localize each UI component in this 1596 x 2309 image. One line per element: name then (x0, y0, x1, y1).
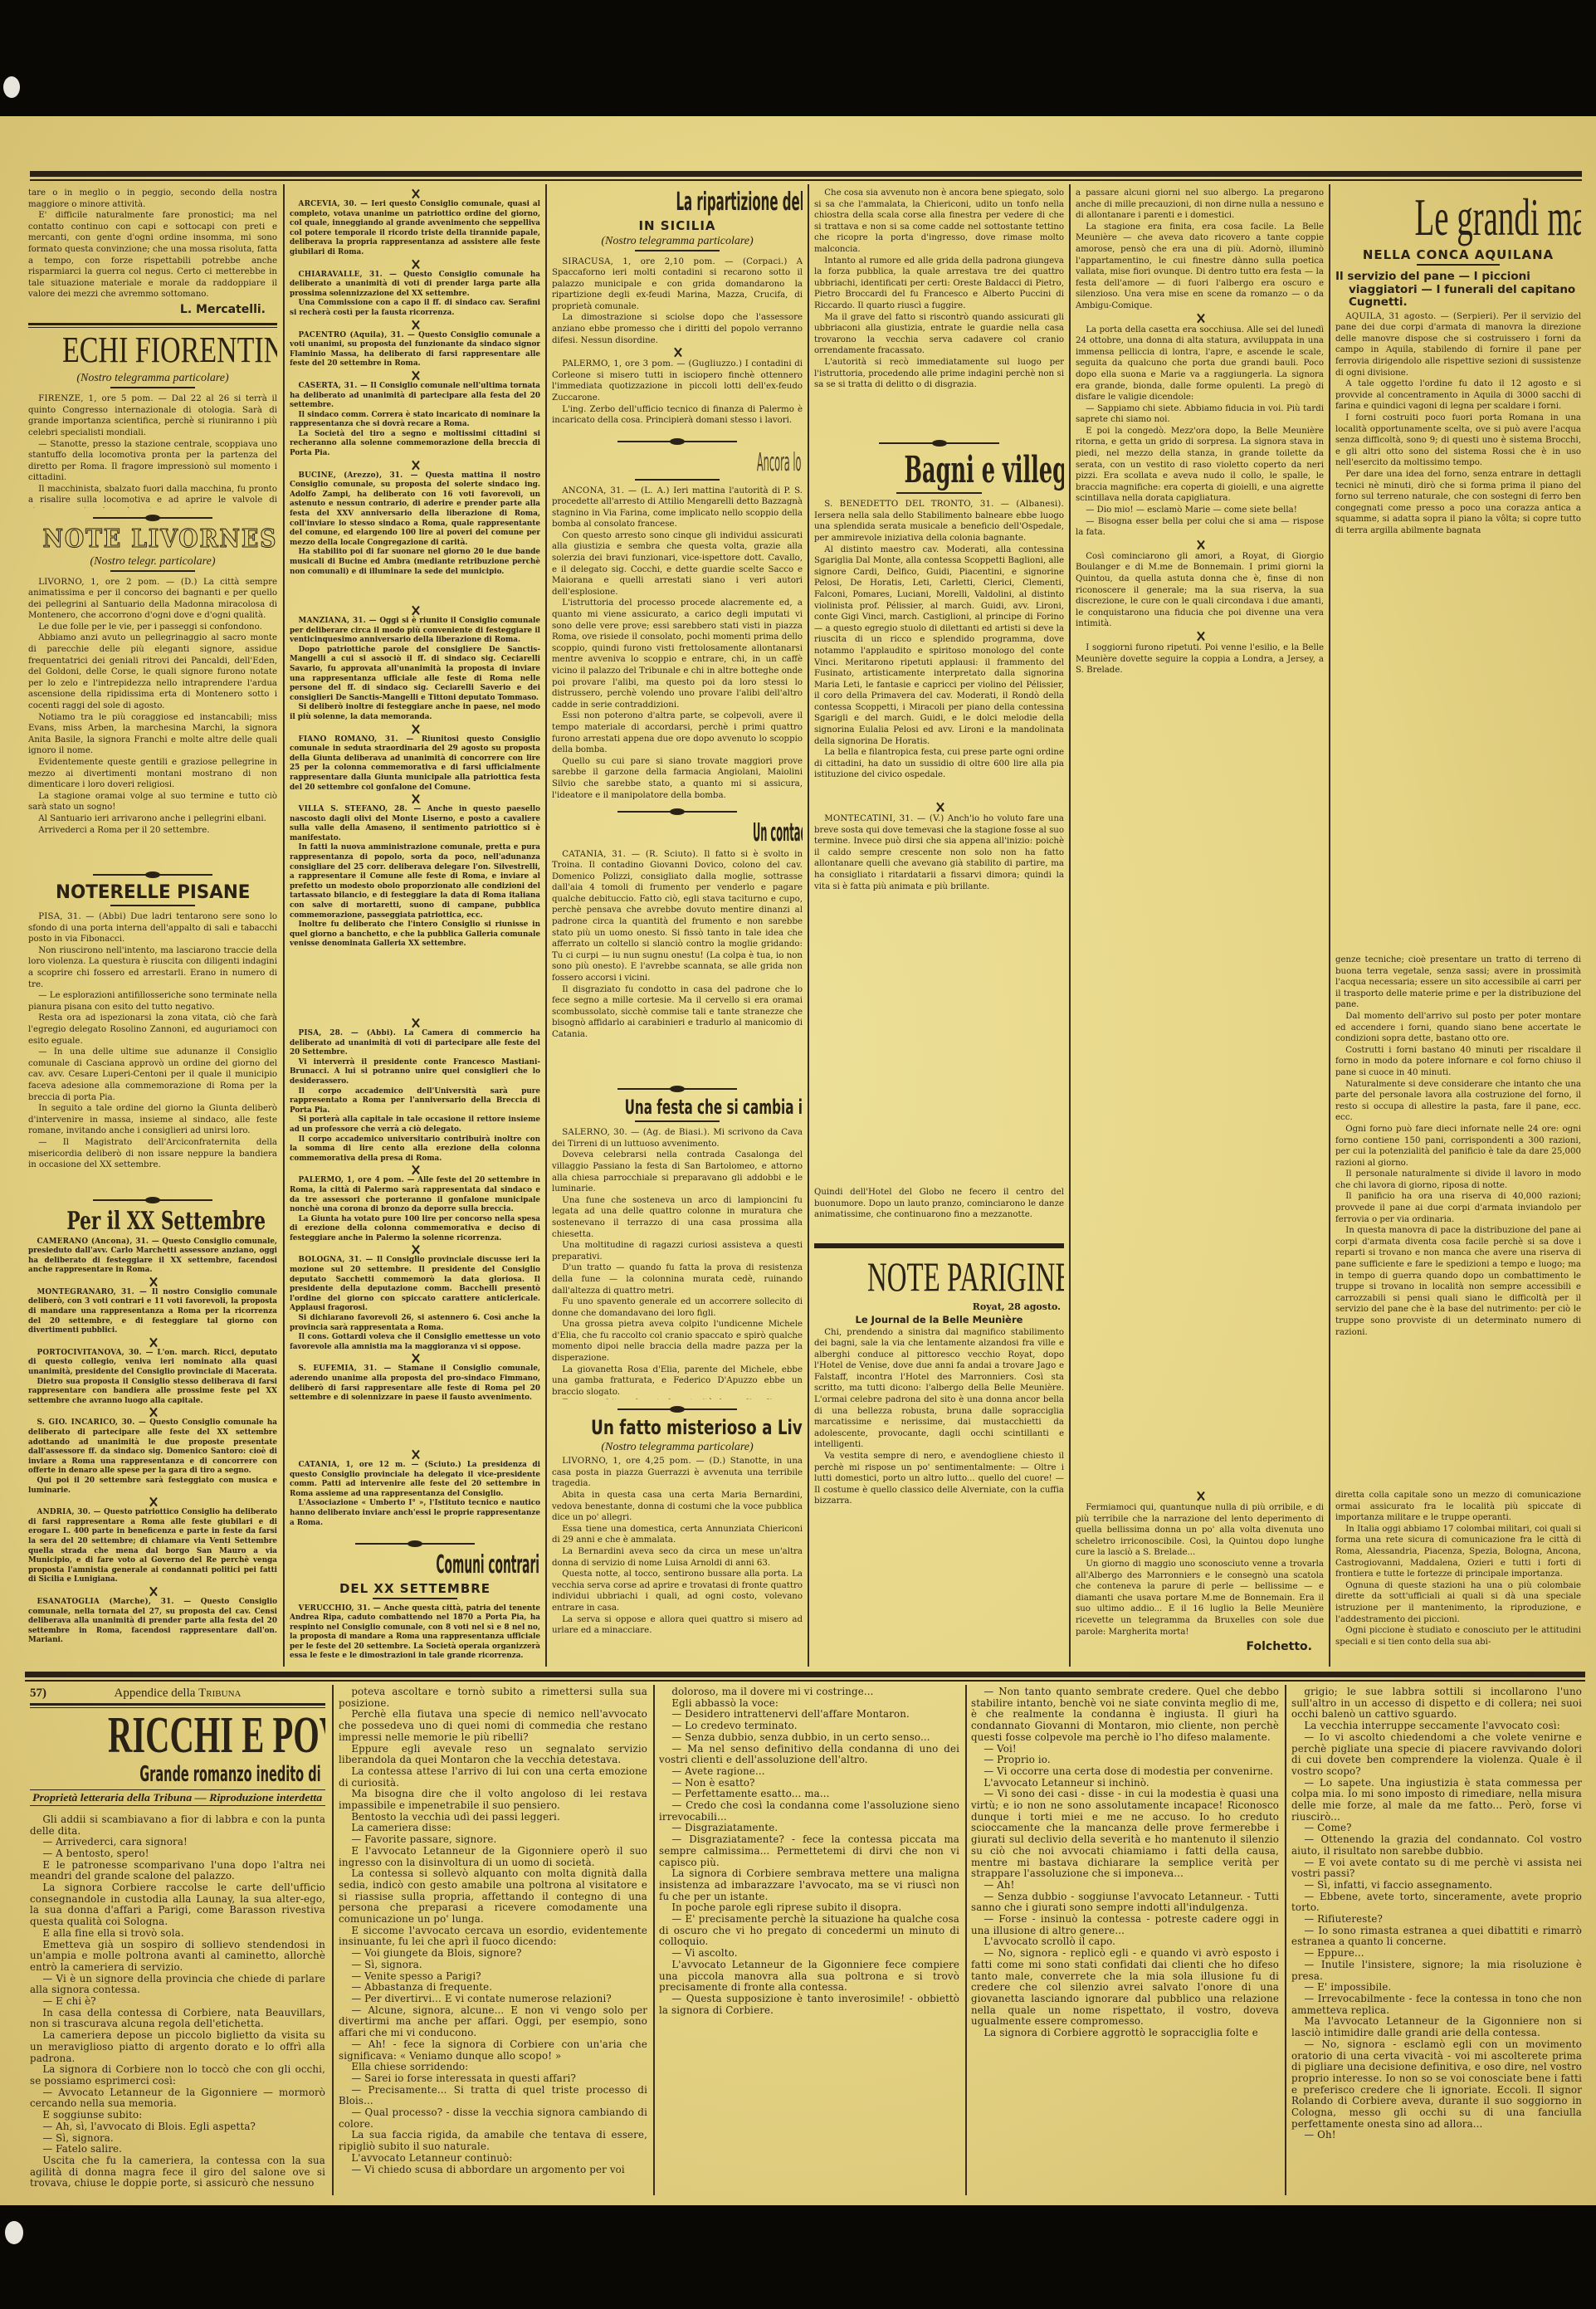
dateline-lead: PALERMO, 1, ore 3 pom. — (Gugliuzzo.) (562, 359, 742, 369)
feuilleton-text: poteva ascoltare e tornò subito a rimett… (339, 1687, 647, 2175)
paragraph-text: — Non è esatto? (671, 1777, 754, 1789)
ornament-rule (552, 1083, 803, 1095)
paragraph-text: La signora Corbiere raccolse le carte de… (30, 1882, 325, 1927)
paragraph: Doveva celebrarsi nella contrada Casalon… (552, 1150, 803, 1194)
paragraph-text: Anch'io ho voluto fare una breve sosta q… (814, 814, 1064, 891)
cross-separator (290, 1017, 540, 1029)
column-1: tare o in meglio o in peggio, secondo de… (28, 188, 277, 1667)
paragraph-text: Va vestita sempre di nero, e avendoglien… (814, 1452, 1064, 1506)
dateline-lead: S. BENEDETTO DEL TRONTO, 31. — (Albanesi… (824, 500, 1064, 509)
dispatch-paragraph: MONTEGRANARO, 31. — Il nostro Consiglio … (28, 1288, 277, 1336)
paragraph-text: Eppure egli avevale reso un segnalato se… (339, 1743, 647, 1766)
dateline-lead: BOLOGNA, 31. — (299, 1256, 373, 1264)
dispatch-paragraph: Inoltre fu deliberato che l'intero Consi… (290, 920, 540, 949)
paragraph-text: — Lo sapete. Una ingiustizia è stata com… (1291, 1777, 1582, 1823)
paragraph-text: Per dare una idea del forno, senza entra… (1335, 470, 1581, 535)
paragraph-text: La Giunta ha votato pure 100 lire per co… (290, 1215, 540, 1242)
paragraph: La bella e filantropica festa, cui prese… (814, 747, 1064, 781)
paragraph: Il macchinista, sbalzato fuori dalla mac… (28, 484, 277, 508)
article-section: Comuni contrari alla commemorazioneDEL X… (290, 1534, 540, 1667)
ornament-rule (28, 869, 277, 881)
paragraph: — Abbastanza di frequente. (339, 1982, 647, 1994)
paragraph: — Oh! (1291, 2130, 1582, 2141)
ornament-rule (28, 1194, 277, 1206)
novel-title-text: RICCHI E POVERI (108, 1711, 325, 1760)
paragraph-text: — Vi è un signore della provincia che ch… (30, 1973, 325, 1996)
dispatch-paragraph: Si porterà alla capitale in tale occasio… (290, 1115, 540, 1135)
dispatch-paragraph: CASERTA, 31. — Il Consiglio comunale nel… (290, 382, 540, 411)
paragraph: poteva ascoltare e tornò subito a rimett… (339, 1687, 647, 1709)
paragraph-text: Il cons. Gottardi voleva che il Consigli… (290, 1333, 540, 1351)
paragraph-text: A tale oggetto l'ordine fu dato il 12 ag… (1335, 379, 1581, 411)
feuilleton-column-2: poteva ascoltare e tornò subito a rimett… (339, 1687, 647, 2194)
paragraph: La vecchia interruppe seccamente l'avvoc… (1291, 1721, 1582, 1732)
dateline-lead: ANDRIA, 30. — (37, 1508, 101, 1516)
dispatch-paragraph: S. GIO. INCARICO, 30. — Questo Consiglio… (28, 1418, 277, 1477)
dispatch-paragraph: Una Commissione con a capo il ff. di sin… (290, 299, 540, 318)
paragraph: FIRENZE, 1, ore 5 pom. — Dal 22 al 26 si… (28, 393, 277, 438)
paragraph-text: Ma l'avvocato Letanneur de la Gigonniere… (1291, 2015, 1582, 2038)
column-rule (283, 184, 285, 1667)
headline-text: Per il XX Settembre (66, 1208, 266, 1235)
dateline-lead: VERUCCHIO, 31. — (299, 1604, 381, 1613)
paragraph: — Arrivederci, cara signora! (30, 1837, 325, 1848)
paragraph: Così cominciarono gli amori, a Royat, di… (1076, 551, 1324, 630)
paragraph-text: Fu uno spavento generale ed un accorrere… (552, 1297, 803, 1318)
signature: L. Mercatelli. (28, 303, 266, 316)
paragraph: — Dio mio! — esclamò Marie — come siete … (1076, 505, 1324, 516)
dateline-lead: FIRENZE, 1, ore 5 pom. — (38, 394, 167, 403)
cross-separator (290, 459, 540, 471)
paragraph: — Vi è un signore della provincia che ch… (30, 1974, 325, 1996)
paragraph-text: La contessa si sollevò alquanto con molt… (339, 1867, 647, 1925)
column-rule (332, 1685, 334, 2195)
paragraph-text: — Senza dubbio - soggiunse l'avvocato Le… (971, 1891, 1279, 1914)
paragraph: genze tecniche; cioè presentare un tratt… (1335, 954, 1581, 1011)
paragraph: Ma l'avvocato Letanneur de la Gigonniere… (1291, 2016, 1582, 2038)
paragraph: PALERMO, 1, ore 3 pom. — (Gugliuzzo.) I … (552, 359, 803, 403)
paragraph: — E' precisamente perchè la situazione h… (659, 1914, 959, 1948)
paragraph-text: grigio; le sue labbra sottili si incolla… (1291, 1687, 1582, 1720)
paragraph: Costrutti i forni bastano 40 minuti per … (1335, 1045, 1581, 1079)
paragraph-text: — Alcune, signora, alcune... E non vi ve… (339, 2004, 647, 2038)
paragraph: D'un tratto — quando fu fatta la prova d… (552, 1262, 803, 1296)
paragraph-text: Quindi dell'Hotel del Globo ne fecero il… (814, 1188, 1064, 1219)
paragraph-text: In fatti la nuova amministrazione comuna… (290, 843, 540, 919)
paragraph: La sua faccia rigida, da amabile che ten… (339, 2130, 647, 2152)
cross-separator (28, 1585, 277, 1598)
article-section: Che cosa sia avvenuto non è ancora bene … (814, 188, 1064, 433)
paragraph-text: — E voi avete contato su di me perchè vi… (1291, 1857, 1582, 1880)
paragraph-text: E siccome l'avvocato cercava un esordio,… (339, 1925, 647, 1948)
paragraph: E le patronesse scomparivano l'una dopo … (30, 1860, 325, 1882)
cross-separator (290, 793, 540, 805)
dateline-lead: CATANIA, 31. — (R. Sciuto). (562, 850, 698, 859)
paragraph: Essa tiene una domestica, certa Annunzia… (552, 1524, 803, 1546)
dispatch-paragraph: In fatti la nuova amministrazione comuna… (290, 843, 540, 920)
dispatch-paragraph: Ha stabilito poi di far suonare nel gior… (290, 548, 540, 577)
paragraph: Ogni piccione è studiato e conosciuto pe… (1335, 1625, 1581, 1648)
paragraph: Le due folle per le vie, per i passeggi … (28, 622, 277, 633)
paragraph: — Stanotte, presso la stazione centrale,… (28, 439, 277, 484)
column-2: ARCEVIA, 30. — Ieri questo Consiglio com… (290, 188, 540, 1667)
paragraph: E' difficile naturalmente fare pronostic… (28, 210, 277, 300)
paragraph: — Vi ascolto. (659, 1948, 959, 1960)
dateline-lead: PISA, 28. — (Abbi). (299, 1029, 396, 1037)
paragraph-text: Con questo arresto sono cinque gli indiv… (552, 531, 803, 597)
paragraph: Una moltitudine di ragazzi curiosi assis… (552, 1240, 803, 1262)
short-rule (110, 387, 195, 388)
paragraph: La dimostrazione si sciolse dopo che l'a… (552, 312, 803, 346)
paragraph-text: Una moltitudine di ragazzi curiosi assis… (552, 1241, 803, 1262)
paragraph: — Ah! (971, 1880, 1279, 1892)
paragraph-text: Il fatto si è svolto in Troina. Il conta… (552, 850, 803, 984)
paragraph-text: Ogni piccione è studiato e conosciuto pe… (1335, 1626, 1581, 1647)
dispatch-paragraph: CATANIA, 1, ore 12 m. — (Sciuto.) La pre… (290, 1461, 540, 1499)
paragraph: La giovanetta Rosa d'Elia, parente del M… (552, 1364, 803, 1399)
headline: Un contadino impazzito per puntiglio d'o… (552, 820, 803, 847)
paragraph-text: Al distinto maestro cav. Moderati, alla … (814, 545, 1064, 746)
paragraph-text: — Ottenendo la grazia del condannato. Co… (1291, 1833, 1582, 1857)
label-prefix: Appendice della (115, 1687, 196, 1700)
paragraph: Ma il grave del fatto si riscontrò quand… (814, 312, 1064, 357)
paragraph: — Rifiutereste? (1291, 1914, 1582, 1926)
headline-text: NOTERELLE PISANE (56, 883, 250, 902)
paragraph: La stagione era finita, era cosa facile.… (1076, 222, 1324, 312)
paragraph: Intanto al rumore ed alle grida della pa… (814, 256, 1064, 312)
paragraph-text: Costrutti i forni bastano 40 minuti per … (1335, 1046, 1581, 1077)
paragraph-text: Dietro sua proposta il Consiglio stesso … (28, 1378, 277, 1405)
paragraph: Eppure egli avevale reso un segnalato se… (339, 1744, 647, 1766)
paragraph: Ma bisogna dire che il volto angoloso di… (339, 1789, 647, 1811)
paragraph-text: La stagione oramai volge al suo termine … (28, 792, 277, 813)
dispatch-paragraph: L'Associazione « Umberto I° », l'Istitut… (290, 1499, 540, 1528)
paragraph: I forni costruiti poco fuori porta Roman… (1335, 412, 1581, 469)
paragraph: In Italia oggi abbiamo 17 colombai milit… (1335, 1524, 1581, 1580)
paragraph: MONTECATINI, 31. — (V.) Anch'io ho volut… (814, 813, 1064, 892)
paragraph: LIVORNO, 1, ore 4,25 pom. — (D.) Stanott… (552, 1456, 803, 1490)
paragraph: — Sì, infatti, vi faccio assegnamento. (1291, 1880, 1582, 1892)
paragraph-text: Fermiamoci qui, quantunque nulla di più … (1076, 1503, 1324, 1557)
paragraph-text: — Disgraziatamente. (671, 1822, 778, 1833)
short-rule (373, 1598, 458, 1599)
cross-separator (28, 1336, 277, 1349)
dispatch-paragraph: PISA, 28. — (Abbi). La Camera di commerc… (290, 1029, 540, 1058)
dateline-lead: ESANATOGLIA (Marche), 31. — (37, 1598, 192, 1606)
paragraph-text: — Favorite passare, signore. (351, 1833, 496, 1845)
paragraph-text: — Senza dubbio, senza dubbio, in un cert… (671, 1731, 930, 1743)
paragraph: S. BENEDETTO DEL TRONTO, 31. — (Albanesi… (814, 499, 1064, 544)
paragraph-text: — Voi giungete da Blois, signore? (351, 1947, 521, 1959)
paragraph-text: — Come? (1304, 1822, 1351, 1833)
dispatch-paragraph: Dopo patriottiche parole del consigliere… (290, 646, 540, 704)
paragraph: Il personale naturalmente si divide il l… (1335, 1169, 1581, 1191)
paragraph-text: Ognuna di queste stazioni ha una o più c… (1335, 1581, 1581, 1624)
paragraph-text: Egli abbassò la voce: (671, 1697, 778, 1709)
paragraph: — Perfettamente esatto... ma... (659, 1789, 959, 1800)
paragraph: Fu uno spavento generale ed un accorrere… (552, 1296, 803, 1319)
paragraph: LIVORNO, 1, ore 2 pom. — (D.) La città s… (28, 577, 277, 622)
paragraph: La contessa si sollevò alquanto con molt… (339, 1868, 647, 1926)
paragraph-text: Bentosto la vecchia udì dei passi legger… (351, 1811, 560, 1823)
novel-subtitle-text: Grande romanzo inedito di C. MEROUVEL (139, 1764, 325, 1786)
punch-hole (5, 2221, 23, 2244)
ornament-rule (552, 436, 803, 447)
paragraph-text: Intanto al rumore ed alle grida della pa… (814, 256, 1064, 310)
dispatch-paragraph: ESANATOGLIA (Marche), 31. — Questo Consi… (28, 1598, 277, 1646)
paragraph-text: Il corpo accademico universitario contri… (290, 1135, 540, 1163)
dispatch-paragraph: BUCINE, (Arezzo), 31. — Questa mattina i… (290, 471, 540, 549)
ornament-rule (28, 512, 277, 524)
paragraph-text: — Vi sono dei casi - disse - in cui la m… (971, 1788, 1279, 1879)
paragraph-text: diretta colla capitale sono un mezzo di … (1335, 1491, 1581, 1522)
paragraph-text: Arrivederci a Roma per il 20 settembre. (38, 826, 209, 835)
article-section: diretta colla capitale sono un mezzo di … (1335, 1490, 1581, 1667)
paragraph-text: Al Santuario ieri arrivarono anche i pel… (38, 814, 266, 823)
newspaper-name: Tribuna (198, 1687, 241, 1700)
paragraph: Una grossa pietra aveva colpito l'undice… (552, 1319, 803, 1364)
paragraph: — E' impossibile. (1291, 1982, 1582, 1994)
headline-text: Le grandi manovre (1414, 189, 1581, 245)
paragraph: — No, signora - esclamò egli con un movi… (1291, 2039, 1582, 2131)
source-line: (Nostro telegr. particolare) (28, 555, 277, 569)
headline: NOTE PARIGINE (814, 1255, 1064, 1299)
paragraph: Ella chiese sorridendo: (339, 2062, 647, 2073)
paragraph: — Fatelo salire. (30, 2144, 325, 2155)
paragraph-text: — Rifiutereste? (1304, 1913, 1383, 1925)
dispatch-paragraph: PORTOCIVITANOVA, 30. — L'on. march. Ricc… (28, 1349, 277, 1378)
dateline-lead: CASERTA, 31. — (299, 382, 368, 390)
paragraph-text: Uscita che fu la cameriera, la contessa … (30, 2155, 325, 2189)
dispatch-paragraph: La Società del tiro a segno e moltissimi… (290, 430, 540, 459)
thin-rule (30, 179, 1582, 181)
paragraph: — Ottenendo la grazia del condannato. Co… (1291, 1834, 1582, 1857)
heavy-rule (814, 1243, 1064, 1248)
article-section: Un fatto misterioso a Livorno(Nostro tel… (552, 1399, 803, 1667)
thin-rule (25, 1680, 1585, 1682)
cross-separator (290, 1448, 540, 1461)
article-section: CATANIA, 1, ore 12 m. — (Sciuto.) La pre… (290, 1448, 540, 1534)
paragraph: Che cosa sia avvenuto non è ancora bene … (814, 188, 1064, 256)
cross-separator (290, 1164, 540, 1176)
cross-separator (290, 369, 540, 382)
paragraph-text: tare o in meglio o in peggio, secondo de… (28, 188, 277, 209)
paragraph-text: La Bernardini aveva seco da circa un mes… (552, 1547, 803, 1568)
paragraph-text: — Ebbene, avete torto, sinceramente, ave… (1291, 1891, 1582, 1914)
headline-text: Un fatto misterioso a Livorno (591, 1418, 803, 1438)
paragraph-text: La signora di Corbiere non lo toccò che … (30, 2063, 325, 2087)
paragraph-text: — Bisogna esser bella per colui che si a… (1076, 517, 1324, 538)
paragraph: — E voi avete contato su di me perchè vi… (1291, 1857, 1582, 1880)
article-section: NOTERELLE PISANEPISA, 31. — (Abbi) Due l… (28, 865, 277, 1190)
paragraph-text: — Forse - insinuò la contessa - potreste… (971, 1913, 1279, 1936)
dateline-lead: PORTOCIVITANOVA, 30. — (37, 1349, 154, 1357)
paragraph: Non riuscirono nell'intento, ma lasciaro… (28, 945, 277, 990)
short-rule (110, 570, 195, 572)
paragraph-text: Vi interverrà il presidente conte France… (290, 1058, 540, 1086)
paragraph: E poi la congedò. Mezz'ora dopo, la Bell… (1076, 426, 1324, 505)
dispatch-paragraph: Si dichiarano favorevoli 26, si astenner… (290, 1314, 540, 1333)
cross-separator (290, 723, 540, 735)
dispatch-paragraph: VILLA S. STEFANO, 28. — Anche in questo … (290, 805, 540, 843)
paragraph: L'avvocato Letanneur de la Gigonniere fe… (659, 1960, 959, 1994)
paragraph: Va vestita sempre di nero, e avendoglien… (814, 1451, 1064, 1507)
paragraph-text: Il disgraziato fu condotto in casa del p… (552, 985, 803, 1039)
headline: Bagni e villeggiature (814, 452, 1064, 490)
paragraph-text: L'avvocato Letanneur de la Gigonniere fe… (659, 1959, 959, 1993)
paragraph: I soggiorni furono ripetuti. Poi venne l… (1076, 642, 1324, 676)
headline-text: ECHI FIORENTINI (62, 331, 277, 369)
cross-separator (814, 801, 1064, 813)
feuilleton-header: 57) Appendice della Tribuna (30, 1687, 325, 1701)
article-section: a passare alcuni giorni nel suo albergo.… (1076, 188, 1324, 1490)
short-rule (110, 905, 195, 906)
paragraph-text: Emetteva già un sospiro di sollievo sten… (30, 1939, 325, 1973)
paragraph-text: L'avvocato Letanneur continuò: (351, 2152, 512, 2164)
paragraph-text: La contessa attese l'arrivo di lui con u… (339, 1765, 647, 1789)
paragraph-text: poteva ascoltare e tornò subito a rimett… (339, 1687, 647, 1709)
paragraph: Evidentemente queste gentili e graziose … (28, 757, 277, 791)
paragraph: — Inutile l'insistere, signore; la mia r… (1291, 1960, 1582, 1982)
ornament-rule (814, 437, 1064, 449)
dispatch-paragraph: Il corpo accademico universitario contri… (290, 1135, 540, 1164)
dateline-lead: S. GIO. INCARICO, 30. — (37, 1418, 146, 1427)
paragraph: — Ah, sì, l'avvocato di Blois. Egli aspe… (30, 2121, 325, 2133)
paragraph: PISA, 31. — (Abbi) Due ladri tentarono s… (28, 911, 277, 945)
headline-text: Comuni contrari alla commemorazione (436, 1552, 540, 1579)
paragraph: Essi non poterono d'altra parte, se colp… (552, 710, 803, 755)
column-3: La ripartizione delle terre comunaliIN S… (552, 188, 803, 1667)
paragraph-text: — Fatelo salire. (42, 2143, 122, 2155)
paragraph-text: In poche parole egli riprese subito il d… (671, 1901, 901, 1913)
rights-notice: Proprietà letteraria della Tribuna — Rip… (30, 1789, 325, 1806)
column-6: Le grandi manovreNELLA CONCA AQUILANAIl … (1335, 188, 1581, 1667)
column-rule (1069, 184, 1071, 1667)
kicker: NELLA CONCA AQUILANA (1335, 247, 1581, 262)
paragraph-text: genze tecniche; cioè presentare un tratt… (1335, 955, 1581, 1009)
paragraph: Quindi dell'Hotel del Globo ne fecero il… (814, 1187, 1064, 1221)
paragraph-text: — E' precisamente perchè la situazione h… (659, 1913, 959, 1947)
feuilleton-label: Appendice della Tribuna (30, 1687, 325, 1701)
paragraph: — Io vi ascolto chiedendomi a che volete… (1291, 1732, 1582, 1778)
column-5: a passare alcuni giorni nel suo albergo.… (1076, 188, 1324, 1667)
paragraph: grigio; le sue labbra sottili si incolla… (1291, 1687, 1582, 1721)
paragraph: Con questo arresto sono cinque gli indiv… (552, 530, 803, 598)
punch-hole (3, 76, 20, 98)
dateline-lead: S. EUFEMIA, 31. — (299, 1364, 392, 1373)
column-4: Che cosa sia avvenuto non è ancora bene … (814, 188, 1064, 1667)
paragraph: — Sarei io forse interessata in questi a… (339, 2073, 647, 2085)
paragraph: — Sì, signora. (339, 1960, 647, 1971)
feuilleton-text: doloroso, ma il dovere mi vi costringe..… (659, 1687, 959, 2016)
dateline-lead: AQUILA, 31 agosto. — (Serpieri). (1345, 312, 1499, 321)
signature: Folchetto. (1076, 1640, 1312, 1653)
paragraph: In poche parole egli riprese subito il d… (659, 1902, 959, 1914)
paragraph-text: — Dio mio! — esclamò Marie — come siete … (1086, 505, 1297, 515)
feuilleton-text: Gli addii si scambiavano a fior di labbr… (30, 1814, 325, 2189)
headline: La ripartizione delle terre comunali (552, 189, 803, 216)
paragraph: Il panificio ha ora una riserva di 40,00… (1335, 1191, 1581, 1225)
paragraph-text: Questa mattina il nostro Consiglio comun… (290, 471, 540, 547)
paragraph: Quello su cui pare si siano trovate magg… (552, 756, 803, 801)
paragraph-text: E soggiunse subito: (42, 2109, 142, 2121)
paragraph: — Voi giungete da Blois, signore? (339, 1948, 647, 1960)
cross-separator (1076, 312, 1324, 325)
headline: Per il XX Settembre (28, 1208, 277, 1235)
paragraph-text: Ogni forno può fare dieci infornate nell… (1335, 1125, 1581, 1168)
paragraph: — Lo sapete. Una ingiustizia è stata com… (1291, 1778, 1582, 1823)
column-rule (808, 184, 809, 1667)
paragraph-text: Non riuscirono nell'intento, ma lasciaro… (28, 946, 277, 989)
article-section: Fermiamoci qui, quantunque nulla di più … (1076, 1490, 1324, 1667)
dispatch-paragraph: Si deliberò inoltre di festeggiare anche… (290, 703, 540, 722)
paragraph: L'avvocato Letanneur continuò: (339, 2153, 647, 2165)
dateline-lead: LIVORNO, 1, ore 2 pom. — (D.) (38, 578, 197, 587)
article-section: La ripartizione delle terre comunaliIN S… (552, 188, 803, 432)
ornament-rule (552, 1403, 803, 1415)
dateline-lead: FIANO ROMANO, 31. — (299, 735, 414, 744)
paragraph-text: Abbiamo anzi avuto un pellegrinaggio al … (28, 633, 277, 710)
paragraph-text: — Vi ascolto. (671, 1947, 737, 1959)
dateline-lead: PACENTRO (Aquila), 31. — (299, 331, 415, 339)
paragraph-text: Perchè ella fiutava una specie di nemico… (339, 1708, 647, 1742)
article-section: NOTE PARIGINERoyat, 28 agosto.Le Journal… (814, 1240, 1064, 1667)
paragraph-text: Il Consiglio provinciale discusse ieri l… (290, 1256, 540, 1312)
paragraph: — Voi! (971, 1744, 1279, 1755)
paragraph-text: — Vi occorre una certa dose di modestia … (983, 1765, 1273, 1777)
paragraph-text: — Sappiamo chi siete. Abbiamo fiducia in… (1076, 404, 1324, 425)
paragraph: Fermiamoci qui, quantunque nulla di più … (1076, 1502, 1324, 1559)
paragraph: — Lo credevo terminato. (659, 1721, 959, 1732)
paragraph-text: — Il Magistrato dell'Arciconfraternita d… (28, 1138, 277, 1169)
paragraph: — No, signora - replicò egli - e quando … (971, 1948, 1279, 2028)
paragraph-text: D'un tratto — quando fu fatta la prova d… (552, 1263, 803, 1295)
paragraph-text: — Io vi ascolto chiedendomi a che volete… (1291, 1731, 1582, 1777)
paragraph: L'avvocato scrollò il capo. (971, 1936, 1279, 1948)
paragraph: — Disgraziatamente. (659, 1823, 959, 1834)
article-section: ARCEVIA, 30. — Ieri questo Consiglio com… (290, 188, 540, 604)
paragraph: La porta della casetta era socchiusa. Al… (1076, 325, 1324, 403)
column-rule (965, 1685, 967, 2195)
dispatch-paragraph: CAMERANO (Ancona), 31. — Questo Consigli… (28, 1237, 277, 1276)
feuilleton-column-3: doloroso, ma il dovere mi vi costringe..… (659, 1687, 959, 2194)
paragraph-text: Si porterà alla capitale in tale occasio… (290, 1115, 540, 1134)
column-rule (1329, 184, 1330, 1667)
paragraph: La cameriera depose un piccolo biglietto… (30, 2030, 325, 2064)
paragraph: ANCONA, 31. — (L. A.) Ieri mattina l'aut… (552, 486, 803, 530)
headline: Un fatto misterioso a Livorno (552, 1418, 803, 1438)
headline-text: NOTE PARIGINE (867, 1255, 1064, 1299)
dateline-lead: PALERMO, 1, ore 4 pom. — (299, 1176, 415, 1184)
paragraph-text: — Perfettamente esatto... ma... (671, 1788, 829, 1799)
paragraph-text: — Lo credevo terminato. (671, 1720, 797, 1731)
paragraph-text: E alla fine ella si trovò sola. (42, 1927, 183, 1939)
dispatch-paragraph: FIANO ROMANO, 31. — Riunitosi questo Con… (290, 735, 540, 793)
headline-text: Un contadino impazzito per puntiglio d'o… (753, 820, 803, 847)
paragraph-text: La bella e filantropica festa, cui prese… (814, 748, 1064, 779)
dispatch-paragraph: PALERMO, 1, ore 4 pom. — Alle feste del … (290, 1176, 540, 1214)
paragraph: L'avvocato Letanneur si inchinò. (971, 1778, 1279, 1789)
column-rule (653, 1685, 655, 2195)
article-section: Ancora lo scoppio della bomba al Consola… (552, 432, 803, 802)
paragraph: Emetteva già un sospiro di sollievo sten… (30, 1940, 325, 1974)
paragraph: L'ing. Zerbo dell'ufficio tecnico di fin… (552, 404, 803, 427)
paragraph-text: Ha stabilito poi di far suonare nel gior… (290, 548, 540, 575)
paragraph-text: — Sì, signora. (351, 1959, 422, 1970)
paragraph: Una fune che sosteneva un arco di lampio… (552, 1195, 803, 1240)
paragraph: La signora di Corbiere non lo toccò che … (30, 2064, 325, 2087)
feuilleton-column-4: — Non tanto quanto sembrate credere. Que… (971, 1687, 1279, 2194)
